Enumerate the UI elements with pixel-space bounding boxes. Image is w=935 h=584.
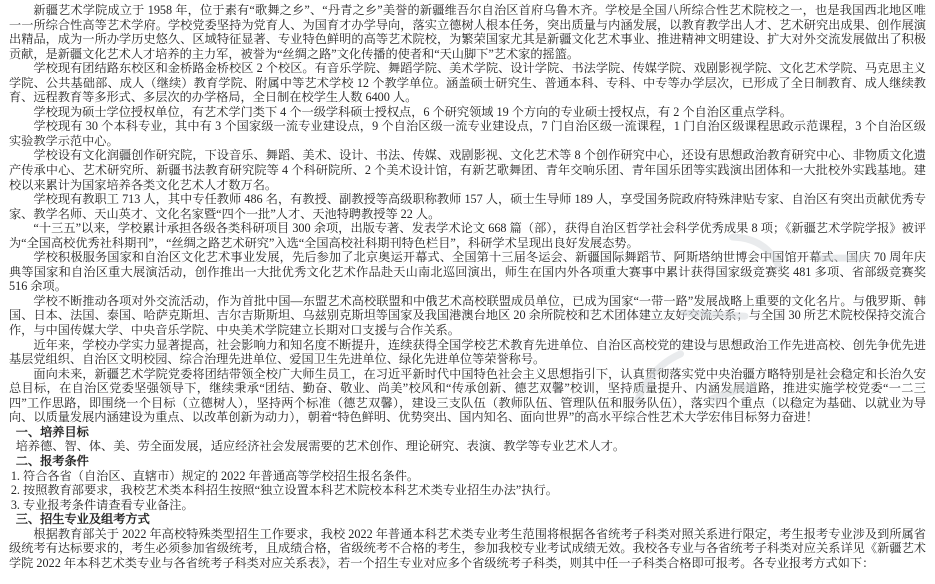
intro-paragraph-1: 新疆艺术学院成立于 1958 年，位于素有“歌舞之乡”、“丹青之乡”美誉的新疆维…	[9, 3, 926, 61]
condition-item-2: 2. 按照教育部要求，我校艺术类本科招生按照“独立设置本科艺术院校本科艺术类专业…	[9, 483, 926, 498]
intro-paragraph-2: 学校现有团结路东校区和金桥路金桥校区 2 个校区。有音乐学院、舞蹈学院、美术学院…	[9, 61, 926, 105]
intro-paragraph-9: 学校不断推动各项对外交流活动，作为首批中国—东盟艺术高校联盟和中俄艺术高校联盟成…	[9, 294, 926, 338]
section-body-enrollment-majors: 根据教育部关于 2022 年高校特殊类型招生工作要求，我校 2022 年普通本科…	[9, 527, 926, 571]
section-body-training-goal: 培养德、智、体、美、劳全面发展，适应经济社会发展需要的艺术创作、理论研究、表演、…	[9, 439, 926, 454]
intro-paragraph-8: 学校积极服务国家和自治区文化艺术事业发展，先后参加了北京奥运开幕式、全国第十三届…	[9, 250, 926, 294]
section-heading-apply-conditions: 二、报考条件	[9, 454, 926, 469]
intro-paragraph-5: 学校设有文化润疆创作研究院，下设音乐、舞蹈、美术、设计、书法、传媒、戏剧影视、文…	[9, 148, 926, 192]
intro-paragraph-6: 学校现有教职工 713 人，其中专任教师 486 名，有教授、副教授等高级职称教…	[9, 192, 926, 221]
condition-item-3: 3. 专业报考条件请查看专业备注。	[9, 498, 926, 513]
intro-paragraph-4: 学校现有 30 个本科专业，其中有 3 个国家级一流专业建设点，9 个自治区级一…	[9, 119, 926, 148]
admissions-document: 新疆艺术学院成立于 1958 年，位于素有“歌舞之乡”、“丹青之乡”美誉的新疆维…	[0, 0, 935, 584]
intro-paragraph-10: 近年来，学校办学实力显著提高，社会影响力和知名度不断提升，连续获得全国学校艺术教…	[9, 338, 926, 367]
intro-paragraph-7: “十三五”以来，学校累计承担各级各类科研项目 300 余项，出版专著、发表学术论…	[9, 221, 926, 250]
condition-item-1: 1. 符合各省（自治区、直辖市）规定的 2022 年普通高等学校招生报名条件。	[9, 469, 926, 484]
section-heading-training-goal: 一、培养目标	[9, 425, 926, 440]
intro-paragraph-11: 面向未来，新疆艺术学院党委将团结带领全校广大师生员工，在习近平新时代中国特色社会…	[9, 367, 926, 425]
intro-paragraph-3: 学校现为硕士学位授权单位，有艺术学门类下 4 个一级学科硕士授权点，6 个研究领…	[9, 105, 926, 120]
section-heading-enrollment-majors: 三、招生专业及组考方式	[9, 512, 926, 527]
